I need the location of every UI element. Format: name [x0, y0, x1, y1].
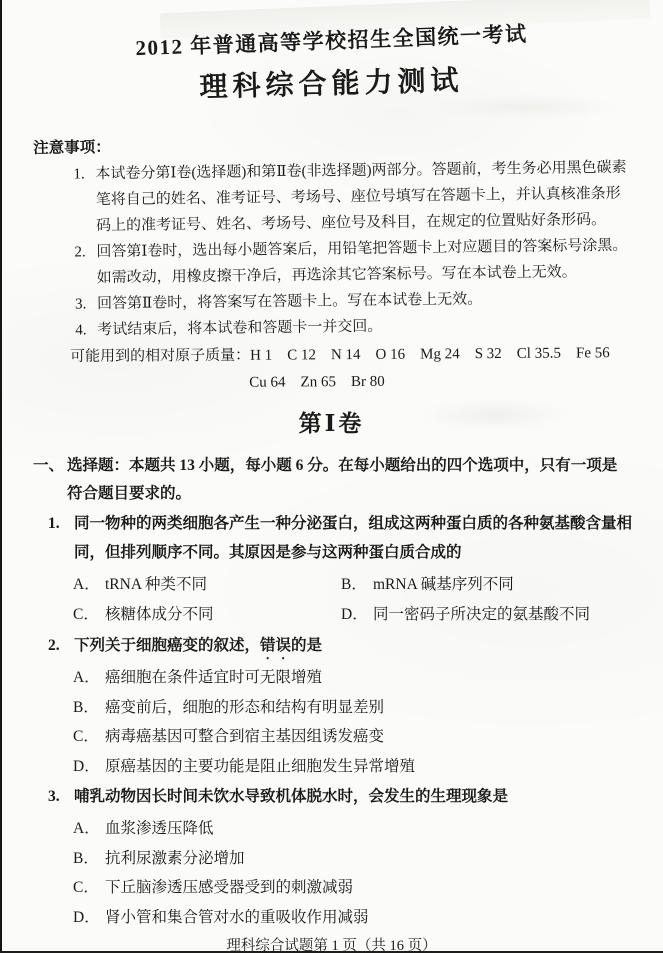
notice-item: 4. 考试结束后，将本试卷和答题卡一并交回。 — [75, 311, 641, 344]
atomic-mass-note: 可能用到的相对原子质量：H 1 C 12 N 14 O 16 Mg 24 S 3… — [70, 340, 663, 398]
multiple-choice-instructions: 一、 选择题：本题共 13 小题，每小题 6 分。在每小题给出的四个选项中，只有… — [33, 452, 663, 508]
option-c: C． 病毒癌基因可整合到宿主基因组诱发癌变 — [73, 722, 663, 752]
option-text: 下丘脑渗透压感受器受到的刺激减弱 — [105, 873, 353, 903]
option-text: 肾小管和集合管对水的重吸收作用减弱 — [105, 903, 369, 933]
question-1: 1. 同一物种的两类细胞各产生一种分泌蛋白，组成这两种蛋白质的各种氨基酸含量相同… — [48, 509, 663, 630]
atomic-mass-label: 可能用到的相对原子质量： — [70, 348, 250, 365]
option-label: C． — [73, 722, 105, 752]
notice-item-text: 回答第Ⅰ卷时，选出每小题答案后，用铅笔把答题卡上对应题目的答案标号涂黑。如需改动… — [96, 233, 632, 292]
option-label: A． — [73, 814, 105, 844]
notice-item-text: 考试结束后，将本试卷和答题卡一并交回。 — [97, 311, 632, 344]
question-stem: 2. 下列关于细胞癌变的叙述，错误的是 — [48, 631, 663, 663]
option-label: B． — [73, 693, 105, 723]
option-label: B． — [73, 844, 105, 874]
option-a: A． 癌细胞在条件适宜时可无限增殖 — [73, 663, 663, 693]
option-label: D． — [341, 600, 373, 630]
option-d: D． 原癌基因的主要功能是阻止细胞发生异常增殖 — [73, 752, 663, 782]
scanned-exam-page: 2012 年普通高等学校招生全国统一考试 理科综合能力测试 注意事项： 1. 本… — [0, 0, 663, 953]
option-b: B． 癌变前后，细胞的形态和结构有明显差别 — [73, 693, 663, 723]
option-label: A． — [73, 663, 105, 693]
scan-edge-artifact-left — [0, 0, 2, 953]
atomic-mass-values-line1: H 1 C 12 N 14 O 16 Mg 24 S 32 Cl 35.5 Fe… — [250, 345, 610, 364]
question-stem: 1. 同一物种的两类细胞各产生一种分泌蛋白，组成这两种蛋白质的各种氨基酸含量相同… — [48, 509, 663, 570]
notice-item: 1. 本试卷分第Ⅰ卷(选择题)和第Ⅱ卷(非选择题)两部分。答题前，考生务必用黑色… — [73, 155, 640, 240]
option-text: tRNA 种类不同 — [105, 570, 207, 600]
option-a: A． tRNA 种类不同 — [73, 570, 341, 600]
atomic-mass-line2: Cu 64 Zn 65 Br 80 — [249, 367, 663, 397]
option-c: C． 下丘脑渗透压感受器受到的刺激减弱 — [73, 873, 663, 903]
option-label: B． — [341, 570, 373, 600]
question-options: A． 癌细胞在条件适宜时可无限增殖 B． 癌变前后，细胞的形态和结构有明显差别 … — [73, 663, 663, 781]
option-text: 癌变前后，细胞的形态和结构有明显差别 — [105, 693, 384, 723]
notice-item-number: 2. — [74, 239, 97, 291]
notice-item-text: 本试卷分第Ⅰ卷(选择题)和第Ⅱ卷(非选择题)两部分。答题前，考生务必用黑色碳素笔… — [95, 155, 631, 240]
option-text: 核糖体成分不同 — [105, 600, 214, 630]
option-text: 病毒癌基因可整合到宿主基因组诱发癌变 — [105, 722, 384, 752]
option-text: 血浆渗透压降低 — [105, 814, 214, 844]
question-list: 1. 同一物种的两类细胞各产生一种分泌蛋白，组成这两种蛋白质的各种氨基酸含量相同… — [48, 509, 663, 932]
notice-section: 注意事项： 1. 本试卷分第Ⅰ卷(选择题)和第Ⅱ卷(非选择题)两部分。答题前，考… — [33, 129, 641, 344]
question-stem-text: 哺乳动物因长时间未饮水导致机体脱水时，会发生的生理现象是 — [74, 782, 639, 814]
question-number: 3. — [48, 782, 74, 814]
option-text: 抗利尿激素分泌增加 — [105, 844, 245, 874]
option-label: D． — [73, 903, 105, 933]
question-options: A． 血浆渗透压降低 B． 抗利尿激素分泌增加 C． 下丘脑渗透压感受器受到的刺… — [73, 814, 663, 932]
option-label: C． — [73, 873, 105, 903]
question-2: 2. 下列关于细胞癌变的叙述，错误的是 A． 癌细胞在条件适宜时可无限增殖 B．… — [48, 631, 663, 781]
notice-item-number: 3. — [75, 291, 97, 317]
instruction-number: 一、 — [33, 452, 67, 508]
question-3: 3. 哺乳动物因长时间未饮水导致机体脱水时，会发生的生理现象是 A． 血浆渗透压… — [48, 782, 663, 932]
option-text: 原癌基因的主要功能是阻止细胞发生异常增殖 — [105, 752, 415, 782]
scan-shadow-blob — [420, 398, 570, 432]
option-d: D． 同一密码子所决定的氨基酸不同 — [341, 600, 663, 630]
option-text: 同一密码子所决定的氨基酸不同 — [373, 600, 590, 630]
option-label: C． — [73, 600, 105, 630]
question-options: A． tRNA 种类不同 B． mRNA 碱基序列不同 C． 核糖体成分不同 D… — [73, 570, 663, 630]
option-text: mRNA 碱基序列不同 — [373, 570, 514, 600]
question-number: 1. — [48, 509, 74, 570]
notice-item-number: 4. — [75, 317, 97, 343]
option-b: B． mRNA 碱基序列不同 — [341, 570, 663, 600]
question-stem-text: 同一物种的两类细胞各产生一种分泌蛋白，组成这两种蛋白质的各种氨基酸含量相同，但排… — [74, 509, 639, 570]
option-a: A． 血浆渗透压降低 — [73, 814, 663, 844]
question-stem-text: 下列关于细胞癌变的叙述，错误的是 — [74, 631, 639, 663]
option-b: B． 抗利尿激素分泌增加 — [73, 844, 663, 874]
instruction-text: 选择题：本题共 13 小题，每小题 6 分。在每小题给出的四个选项中，只有一项是… — [67, 452, 625, 508]
notice-item: 2. 回答第Ⅰ卷时，选出每小题答案后，用铅笔把答题卡上对应题目的答案标号涂黑。如… — [74, 233, 641, 292]
notice-item-number: 1. — [73, 161, 96, 239]
option-d: D． 肾小管和集合管对水的重吸收作用减弱 — [73, 903, 663, 933]
option-text: 癌细胞在条件适宜时可无限增殖 — [105, 663, 322, 693]
question-number: 2. — [48, 631, 74, 663]
atomic-mass-line1: 可能用到的相对原子质量：H 1 C 12 N 14 O 16 Mg 24 S 3… — [70, 340, 663, 371]
option-c: C． 核糖体成分不同 — [73, 600, 341, 630]
option-label: A． — [73, 570, 105, 600]
question-stem: 3. 哺乳动物因长时间未饮水导致机体脱水时，会发生的生理现象是 — [48, 782, 663, 814]
option-label: D． — [73, 752, 105, 782]
